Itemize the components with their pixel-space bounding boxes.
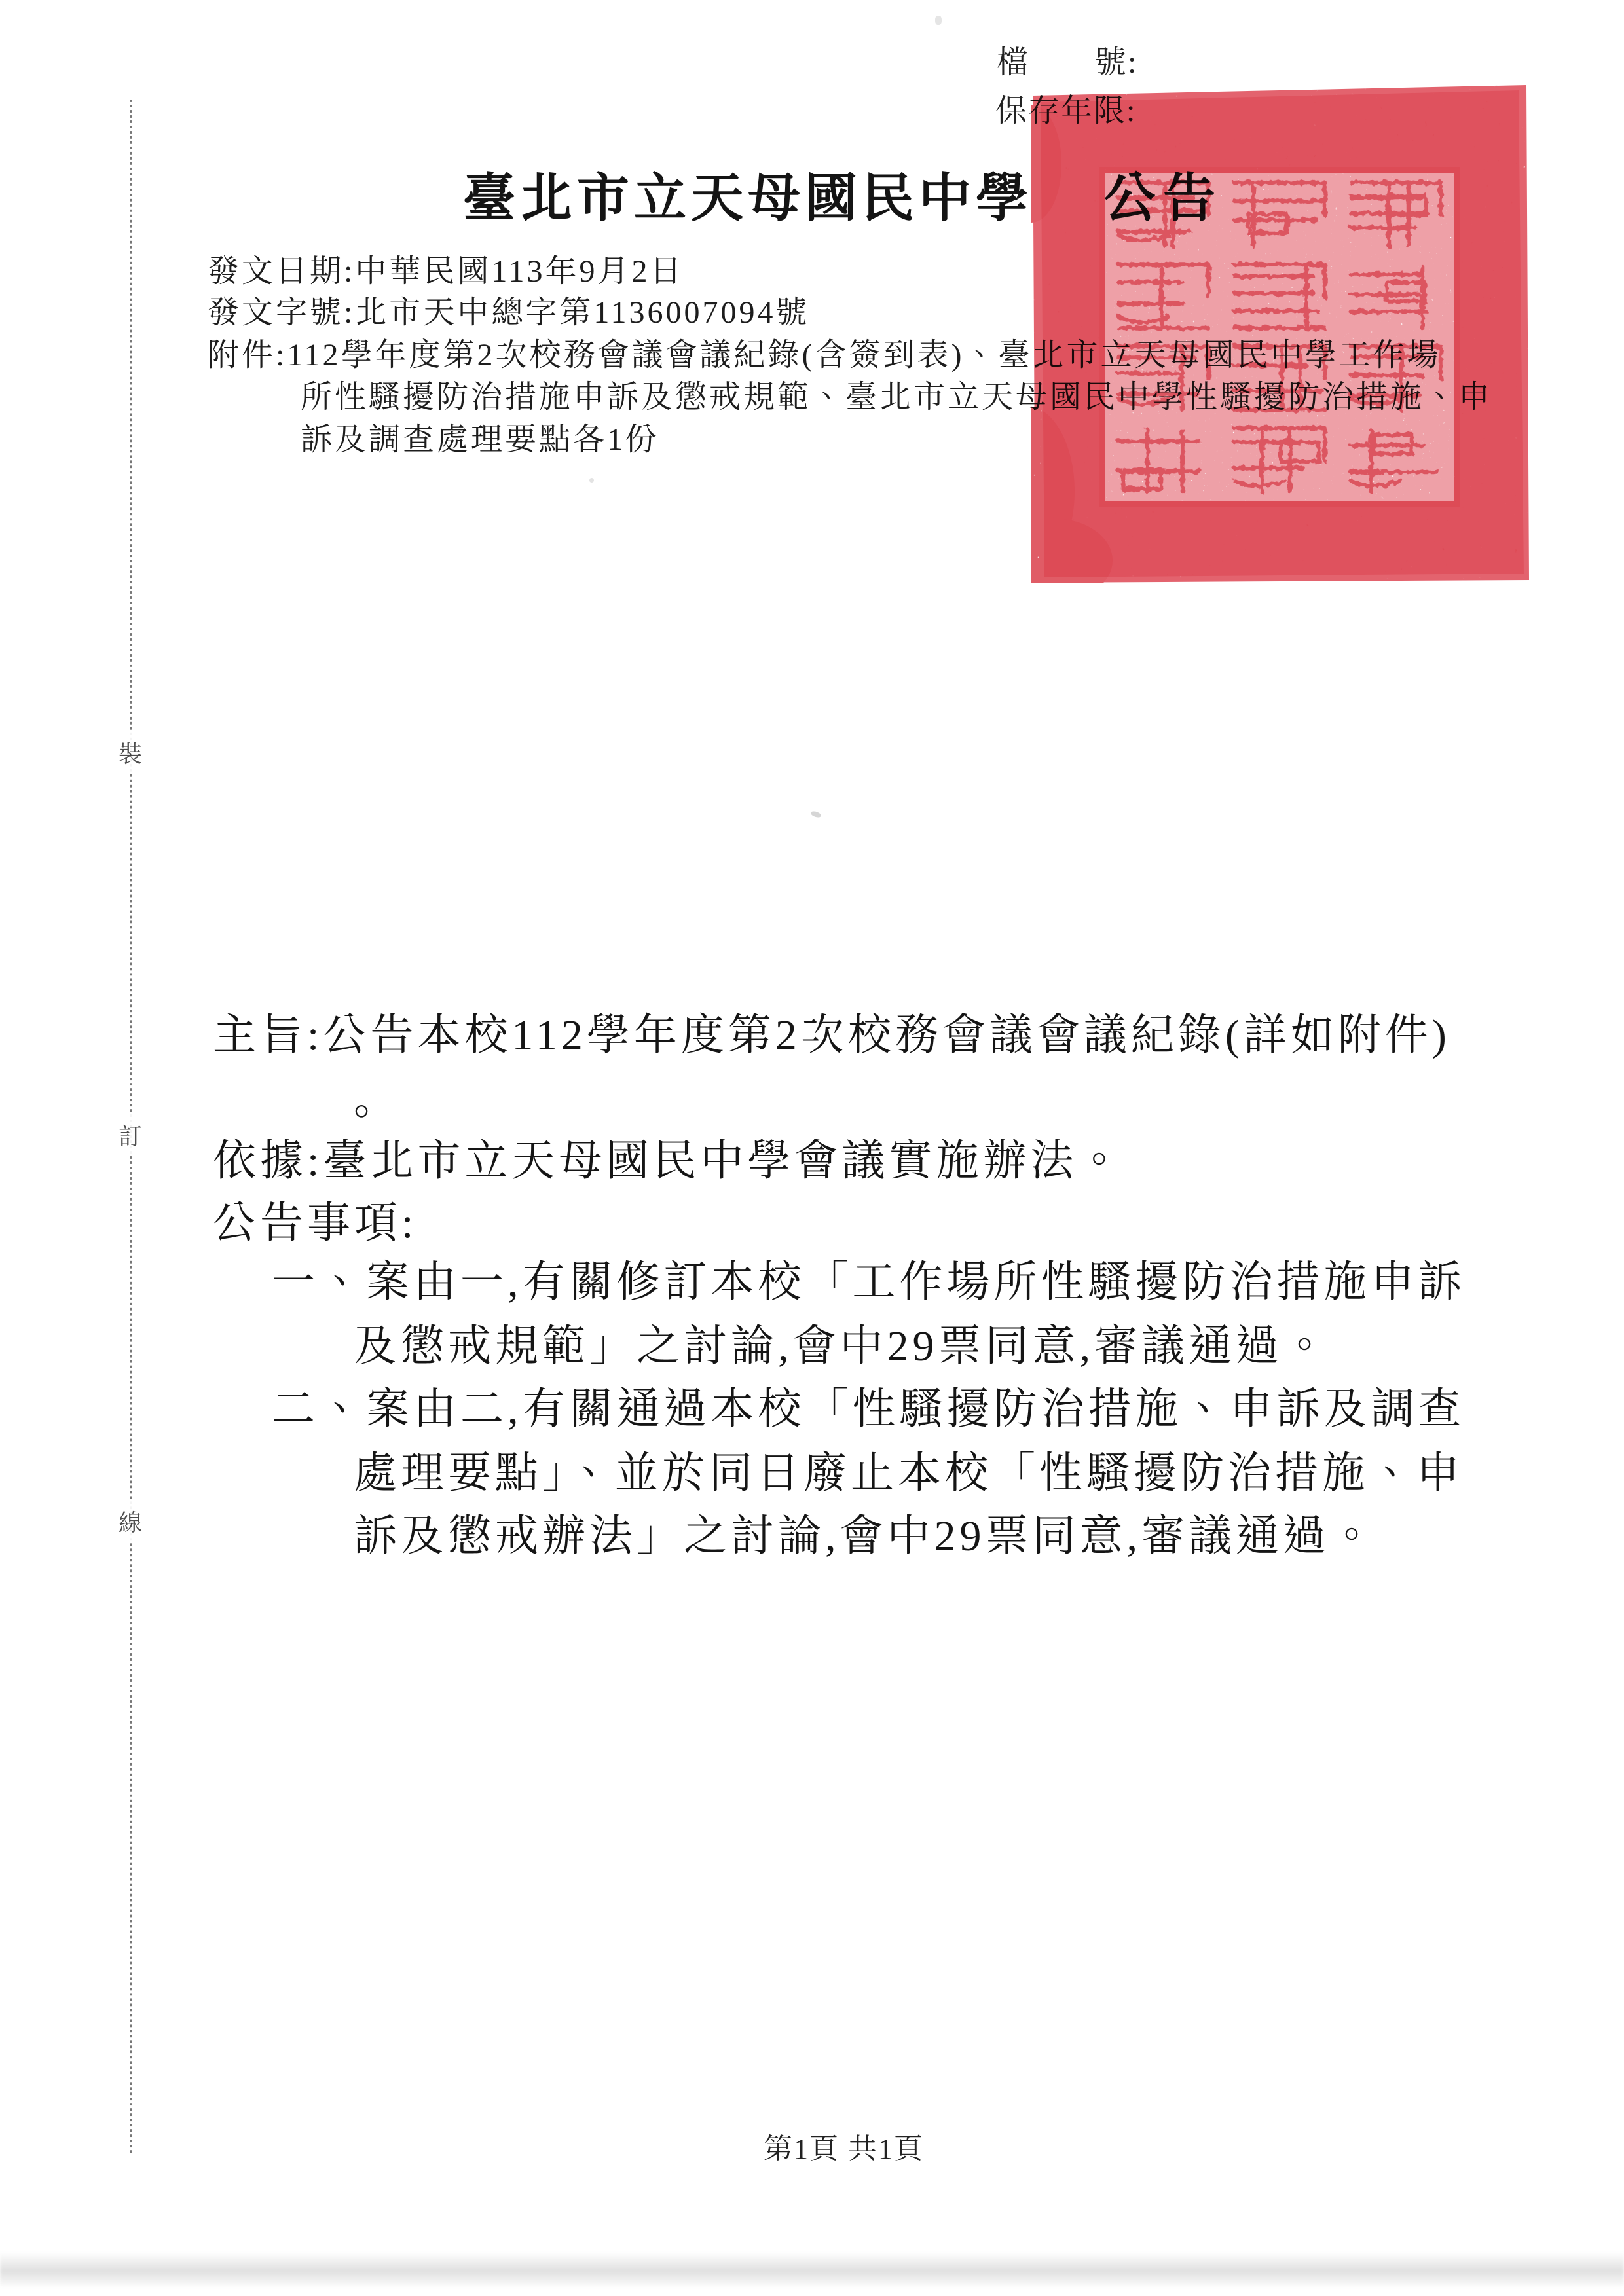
seal-glyph: [1351, 431, 1438, 492]
doc-number-line: 發文字號:北市天中總字第1136007094號: [208, 287, 810, 332]
attachment-line-3: 訴及調查處理要點各1份: [301, 414, 659, 459]
file-number-label: 檔 號:: [997, 37, 1137, 82]
subject-line-2: 。: [354, 1064, 401, 1126]
seal-glyph: [1118, 429, 1200, 492]
attachment-line-2: 所性騷擾防治措施申訴及懲戒規範、臺北市立天母國民中學性騷擾防治措施、申: [301, 371, 1492, 416]
item-2-line-3: 訴及懲戒辦法」之討論,會中29票同意,審議通過。: [354, 1501, 1377, 1563]
binding-mark-xian: 線: [115, 1501, 145, 1542]
scanned-announcement-page: 裝 訂 線 檔 號: 保存年限: 臺北市立天母國民中學 公告 發文日期:中華民國…: [0, 0, 1624, 2296]
item-1-line-1: 一、案由一,有關修訂本校「工作場所性騷擾防治措施申訴: [272, 1247, 1466, 1309]
seal-glyph: [1234, 264, 1325, 328]
binding-mark-ding: 訂: [115, 1114, 145, 1156]
scan-artifact: [810, 811, 822, 819]
seal-glyph: [1351, 183, 1441, 246]
seal-glyph: [1118, 264, 1208, 328]
binding-mark-zhuang: 裝: [115, 732, 145, 773]
item-1-line-2: 及懲戒規範」之討論,會中29票同意,審議通過。: [354, 1311, 1330, 1373]
seal-glyph: [1234, 428, 1325, 492]
subject-line-1: 主旨:公告本校112學年度第2次校務會議會議紀錄(詳如附件): [213, 1000, 1450, 1062]
item-2-line-1: 二、案由二,有關通過本校「性騷擾防治措施、申訴及調查: [272, 1374, 1466, 1436]
item-2-line-2: 處理要點」、並於同日廢止本校「性騷擾防治措施、申: [354, 1438, 1464, 1500]
basis-line: 依據:臺北市立天母國民中學會議實施辦法。: [213, 1125, 1124, 1188]
page-title-school-name: 臺北市立天母國民中學: [463, 156, 1033, 231]
page-number-footer: 第1頁 共1頁: [764, 2125, 924, 2167]
retention-period-label: 保存年限:: [995, 85, 1136, 130]
scan-artifact: [589, 478, 594, 483]
attachment-line-1: 附件:112學年度第2次校務會議會議紀錄(含簽到表)、臺北市立天母國民中學工作場: [208, 329, 1441, 374]
scan-artifact: [591, 1277, 595, 1281]
issue-date-line: 發文日期:中華民國113年9月2日: [208, 246, 684, 291]
seal-glyph: [1351, 267, 1426, 328]
scan-bottom-shadow: [0, 2252, 1624, 2286]
seal-glyph: [1234, 183, 1325, 246]
page-title-doc-type: 公告: [1104, 156, 1222, 231]
scan-artifact: [935, 16, 942, 25]
notice-items-heading: 公告事項:: [213, 1188, 417, 1250]
